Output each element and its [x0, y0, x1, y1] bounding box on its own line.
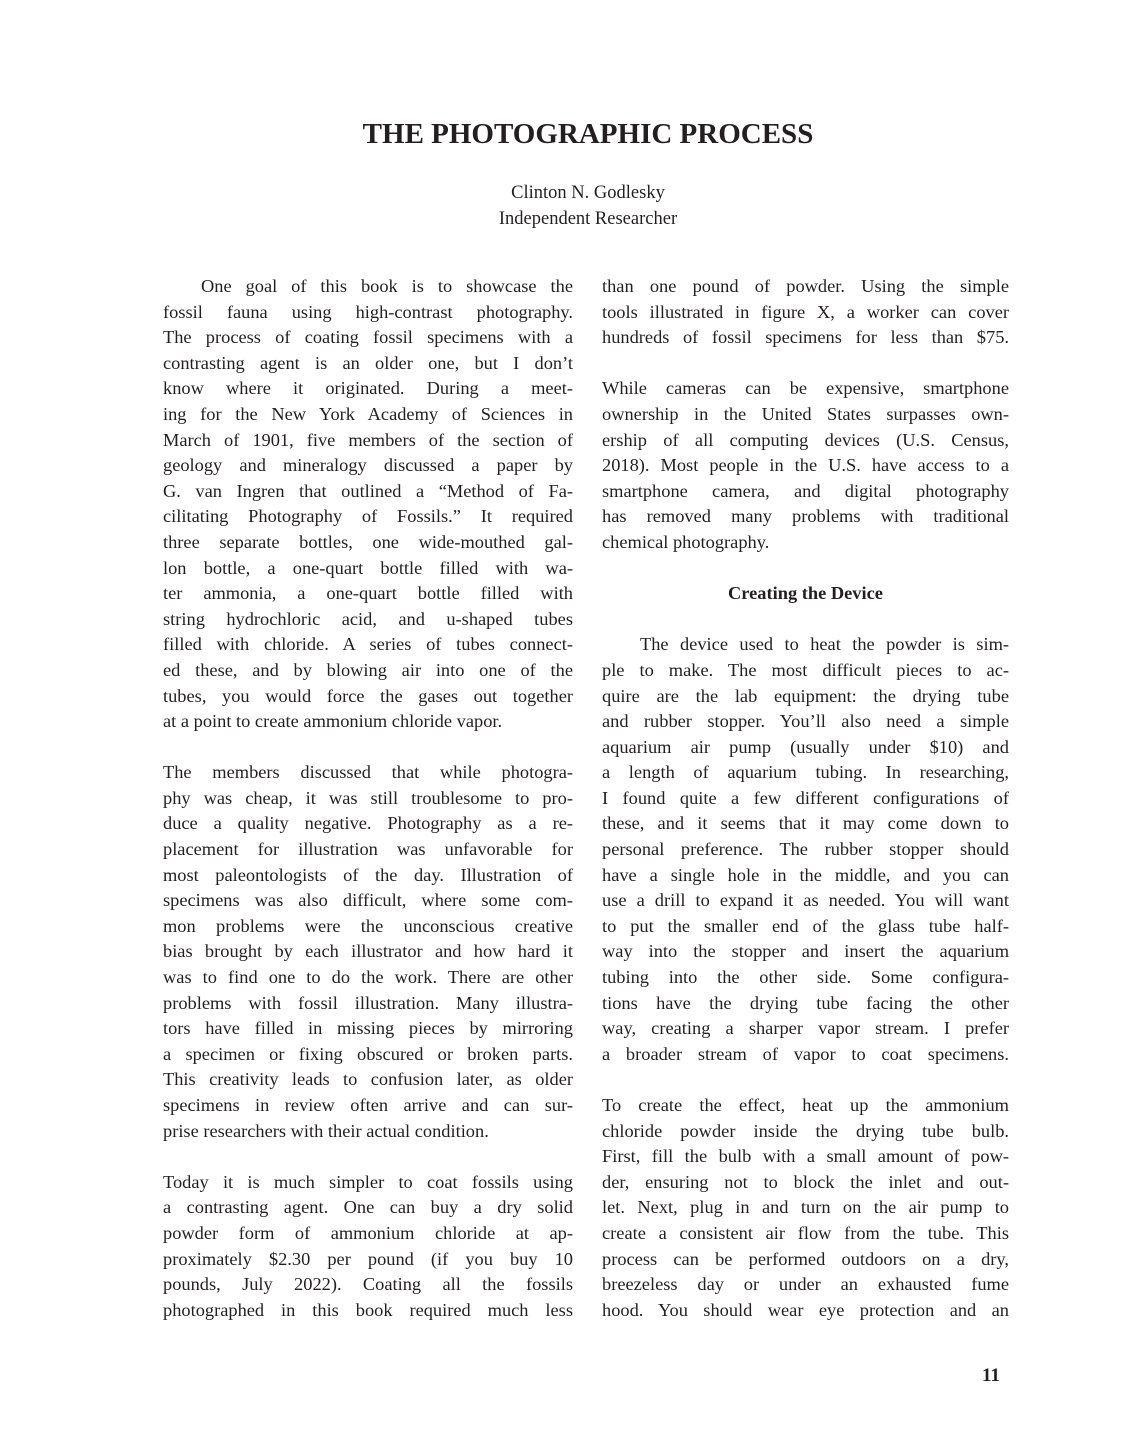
- text-line: chemical photography.: [602, 530, 1009, 556]
- text-line: This creativity leads to confusion later…: [163, 1067, 573, 1093]
- text-line: process can be performed outdoors on a d…: [602, 1247, 1009, 1273]
- paragraph: To create the effect, heat up the ammoni…: [602, 1093, 1009, 1323]
- text-line: way, creating a sharper vapor stream. I …: [602, 1016, 1009, 1042]
- text-line: create a consistent air flow from the tu…: [602, 1221, 1009, 1247]
- text-line: way into the stopper and insert the aqua…: [602, 939, 1009, 965]
- text-line: have a single hole in the middle, and yo…: [602, 863, 1009, 889]
- text-line: filled with chloride. A series of tubes …: [163, 632, 573, 658]
- text-line: chloride powder inside the drying tube b…: [602, 1119, 1009, 1145]
- paragraph: Today it is much simpler to coat fossils…: [163, 1170, 573, 1324]
- author-block: Clinton N. Godlesky Independent Research…: [0, 180, 1126, 232]
- author-affiliation: Independent Researcher: [0, 206, 1126, 232]
- text-line: pounds, July 2022). Coating all the foss…: [163, 1272, 573, 1298]
- text-line: cilitating Photography of Fossils.” It r…: [163, 504, 573, 530]
- text-line: G. van Ingren that outlined a “Method of…: [163, 479, 573, 505]
- page-number: 11: [982, 1365, 1000, 1387]
- text-line: tools illustrated in figure X, a worker …: [602, 300, 1009, 326]
- text-line: duce a quality negative. Photography as …: [163, 811, 573, 837]
- text-line: tors have filled in missing pieces by mi…: [163, 1016, 573, 1042]
- text-line: To create the effect, heat up the ammoni…: [602, 1093, 1009, 1119]
- text-line: let. Next, plug in and turn on the air p…: [602, 1195, 1009, 1221]
- text-line: ple to make. The most difficult pieces t…: [602, 658, 1009, 684]
- text-line: ing for the New York Academy of Sciences…: [163, 402, 573, 428]
- section-heading: Creating the Device: [602, 581, 1009, 607]
- text-line: problems with fossil illustration. Many …: [163, 991, 573, 1017]
- text-line: tubing into the other side. Some configu…: [602, 965, 1009, 991]
- text-line: placement for illustration was unfavorab…: [163, 837, 573, 863]
- text-line: ed these, and by blowing air into one of…: [163, 658, 573, 684]
- text-line: has removed many problems with tradition…: [602, 504, 1009, 530]
- text-line: proximately $2.30 per pound (if you buy …: [163, 1247, 573, 1273]
- text-line: phy was cheap, it was still troublesome …: [163, 786, 573, 812]
- text-line: know where it originated. During a meet-: [163, 376, 573, 402]
- text-line: 2018). Most people in the U.S. have acce…: [602, 453, 1009, 479]
- text-line: use a drill to expand it as needed. You …: [602, 888, 1009, 914]
- text-line: aquarium air pump (usually under $10) an…: [602, 735, 1009, 761]
- text-line: tubes, you would force the gases out tog…: [163, 684, 573, 710]
- text-line: geology and mineralogy discussed a paper…: [163, 453, 573, 479]
- text-line: smartphone camera, and digital photograp…: [602, 479, 1009, 505]
- text-line: these, and it seems that it may come dow…: [602, 811, 1009, 837]
- text-line: photographed in this book required much …: [163, 1298, 573, 1324]
- right-column: than one pound of powder. Using the simp…: [602, 274, 1009, 1349]
- text-line: fossil fauna using high-contrast photogr…: [163, 300, 573, 326]
- text-line: der, ensuring not to block the inlet and…: [602, 1170, 1009, 1196]
- text-line: bias brought by each illustrator and how…: [163, 939, 573, 965]
- text-line: specimens in review often arrive and can…: [163, 1093, 573, 1119]
- page-title: THE PHOTOGRAPHIC PROCESS: [0, 118, 1126, 151]
- text-line: The process of coating fossil specimens …: [163, 325, 573, 351]
- paragraph: The device used to heat the powder is si…: [602, 632, 1009, 1067]
- text-line: specimens was also difficult, where some…: [163, 888, 573, 914]
- text-line: ownership in the United States surpasses…: [602, 402, 1009, 428]
- text-line: Today it is much simpler to coat fossils…: [163, 1170, 573, 1196]
- text-line: powder form of ammonium chloride at ap-: [163, 1221, 573, 1247]
- text-line: The device used to heat the powder is si…: [602, 632, 1009, 658]
- text-line: contrasting agent is an older one, but I…: [163, 351, 573, 377]
- text-line: personal preference. The rubber stopper …: [602, 837, 1009, 863]
- text-line: to put the smaller end of the glass tube…: [602, 914, 1009, 940]
- text-line: prise researchers with their actual cond…: [163, 1119, 573, 1145]
- text-line: One goal of this book is to showcase the: [163, 274, 573, 300]
- text-line: breezeless day or under an exhausted fum…: [602, 1272, 1009, 1298]
- text-line: lon bottle, a one-quart bottle filled wi…: [163, 556, 573, 582]
- text-line: ter ammonia, a one-quart bottle filled w…: [163, 581, 573, 607]
- left-column: One goal of this book is to showcase the…: [163, 274, 573, 1349]
- paragraph: than one pound of powder. Using the simp…: [602, 274, 1009, 351]
- text-line: at a point to create ammonium chloride v…: [163, 709, 573, 735]
- text-line: mon problems were the unconscious creati…: [163, 914, 573, 940]
- text-line: While cameras can be expensive, smartpho…: [602, 376, 1009, 402]
- paragraph: The members discussed that while photogr…: [163, 760, 573, 1144]
- text-line: tions have the drying tube facing the ot…: [602, 991, 1009, 1017]
- text-line: a length of aquarium tubing. In research…: [602, 760, 1009, 786]
- paragraph: One goal of this book is to showcase the…: [163, 274, 573, 735]
- text-line: hood. You should wear eye protection and…: [602, 1298, 1009, 1324]
- text-line: a broader stream of vapor to coat specim…: [602, 1042, 1009, 1068]
- text-line: a specimen or fixing obscured or broken …: [163, 1042, 573, 1068]
- text-line: hundreds of fossil specimens for less th…: [602, 325, 1009, 351]
- text-line: than one pound of powder. Using the simp…: [602, 274, 1009, 300]
- paragraph: While cameras can be expensive, smartpho…: [602, 376, 1009, 555]
- text-line: most paleontologists of the day. Illustr…: [163, 863, 573, 889]
- text-line: three separate bottles, one wide-mouthed…: [163, 530, 573, 556]
- author-name: Clinton N. Godlesky: [0, 180, 1126, 206]
- text-line: was to find one to do the work. There ar…: [163, 965, 573, 991]
- text-line: a contrasting agent. One can buy a dry s…: [163, 1195, 573, 1221]
- text-line: and rubber stopper. You’ll also need a s…: [602, 709, 1009, 735]
- text-line: string hydrochloric acid, and u-shaped t…: [163, 607, 573, 633]
- text-line: ership of all computing devices (U.S. Ce…: [602, 428, 1009, 454]
- text-line: March of 1901, five members of the secti…: [163, 428, 573, 454]
- text-line: The members discussed that while photogr…: [163, 760, 573, 786]
- text-line: First, fill the bulb with a small amount…: [602, 1144, 1009, 1170]
- text-line: I found quite a few different configurat…: [602, 786, 1009, 812]
- text-line: quire are the lab equipment: the drying …: [602, 684, 1009, 710]
